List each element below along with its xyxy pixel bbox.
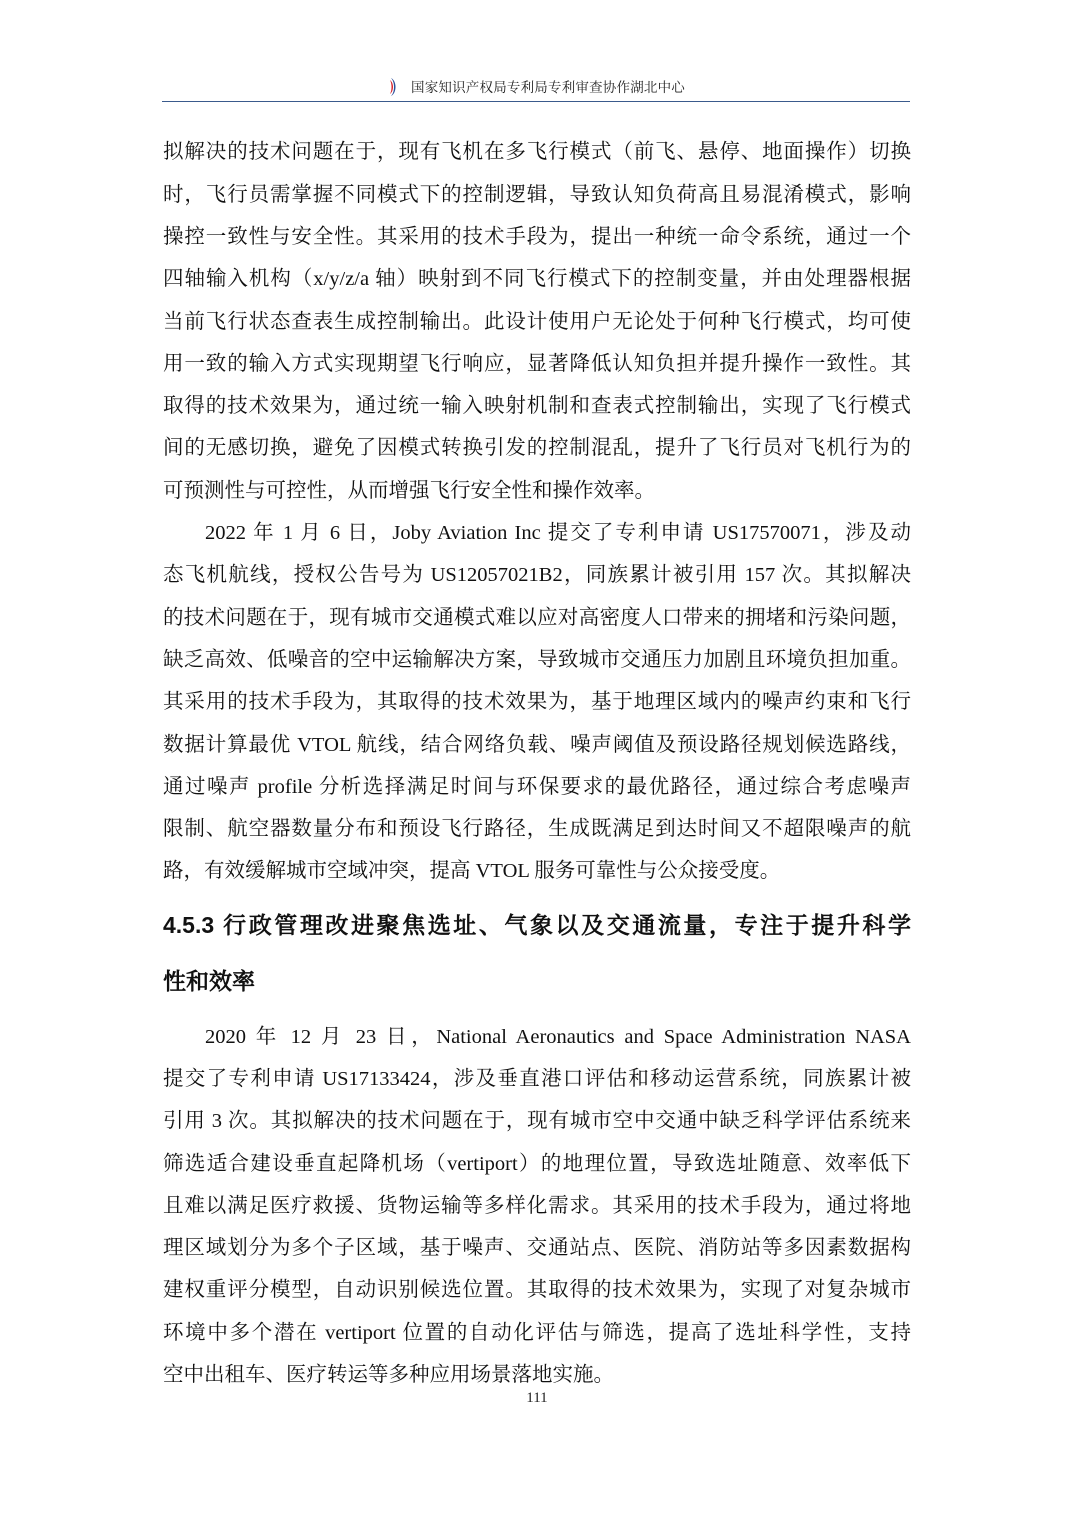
paragraph-line: 且难以满足医疗救援、货物运输等多样化需求。其采用的技术手段为，通过将地 xyxy=(163,1192,911,1220)
paragraph-line: 建权重评分模型，自动识别候选位置。其取得的技术效果为，实现了对复杂城市 xyxy=(163,1276,911,1304)
paragraph-line: 当前飞行状态查表生成控制输出。此设计使用户无论处于何种飞行模式，均可使 xyxy=(163,308,911,336)
paragraph-line: 数据计算最优 VTOL 航线，结合网络负载、噪声阈值及预设路径规划候选路线， xyxy=(163,731,911,759)
section-heading: 4.5.3 行政管理改进聚焦选址、气象以及交通流量，专注于提升科学 xyxy=(163,910,911,940)
paragraph-line: 筛选适合建设垂直起降机场（vertiport）的地理位置，导致选址随意、效率低下 xyxy=(163,1150,911,1178)
paragraph-line: 路，有效缓解城市空域冲突，提高 VTOL 服务可靠性与公众接受度。 xyxy=(163,857,911,885)
paragraph-line: 环境中多个潜在 vertiport 位置的自动化评估与筛选，提高了选址科学性，支… xyxy=(163,1319,911,1347)
paragraph-line: 时，飞行员需掌握不同模式下的控制逻辑，导致认知负荷高且易混淆模式，影响 xyxy=(163,181,911,209)
paragraph-line: 态飞机航线，授权公告号为 US12057021B2，同族累计被引用 157 次。… xyxy=(163,561,911,589)
header-title: 国家知识产权局专利局专利审查协作湖北中心 xyxy=(411,80,685,96)
paragraph-line: 限制、航空器数量分布和预设飞行路径，生成既满足到达时间又不超限噪声的航 xyxy=(163,815,911,843)
page-number: 111 xyxy=(0,1390,1074,1407)
page-header: 国家知识产权局专利局专利审查协作湖北中心 xyxy=(162,70,910,102)
header-title-row: 国家知识产权局专利局专利审查协作湖北中心 xyxy=(162,76,910,98)
crescent-logo-icon xyxy=(387,77,401,97)
paragraph-line: 的技术问题在于，现有城市交通模式难以应对高密度人口带来的拥堵和污染问题， xyxy=(163,604,911,632)
paragraph-line: 取得的技术效果为，通过统一输入映射机制和查表式控制输出，实现了飞行模式 xyxy=(163,392,911,420)
section-heading: 性和效率 xyxy=(163,966,911,996)
paragraph-line: 理区域划分为多个子区域，基于噪声、交通站点、医院、消防站等多因素数据构 xyxy=(163,1234,911,1262)
paragraph-line: 拟解决的技术问题在于，现有飞机在多飞行模式（前飞、悬停、地面操作）切换 xyxy=(163,138,911,166)
paragraph-line: 2022 年 1 月 6 日，Joby Aviation Inc 提交了专利申请… xyxy=(205,519,911,547)
paragraph-line: 缺乏高效、低噪音的空中运输解决方案，导致城市交通压力加剧且环境负担加重。 xyxy=(163,646,911,674)
paragraph-line: 空中出租车、医疗转运等多种应用场景落地实施。 xyxy=(163,1361,911,1389)
paragraph-line: 引用 3 次。其拟解决的技术问题在于，现有城市空中交通中缺乏科学评估系统来 xyxy=(163,1107,911,1135)
paragraph-line: 提交了专利申请 US17133424，涉及垂直港口评估和移动运营系统，同族累计被 xyxy=(163,1065,911,1093)
paragraph-line: 用一致的输入方式实现期望飞行响应，显著降低认知负担并提升操作一致性。其 xyxy=(163,350,911,378)
paragraph-line: 四轴输入机构（x/y/z/a 轴）映射到不同飞行模式下的控制变量，并由处理器根据 xyxy=(163,265,911,293)
paragraph-line: 间的无感切换，避免了因模式转换引发的控制混乱，提升了飞行员对飞机行为的 xyxy=(163,434,911,462)
paragraph-line: 2020 年 12 月 23 日，National Aeronautics an… xyxy=(205,1023,911,1051)
paragraph-line: 操控一致性与安全性。其采用的技术手段为，提出一种统一命令系统，通过一个 xyxy=(163,223,911,251)
header-divider xyxy=(162,101,910,102)
paragraph-line: 其采用的技术手段为，其取得的技术效果为，基于地理区域内的噪声约束和飞行 xyxy=(163,688,911,716)
paragraph-line: 通过噪声 profile 分析选择满足时间与环保要求的最优路径，通过综合考虑噪声 xyxy=(163,773,911,801)
paragraph-line: 可预测性与可控性，从而增强飞行安全性和操作效率。 xyxy=(163,477,911,505)
